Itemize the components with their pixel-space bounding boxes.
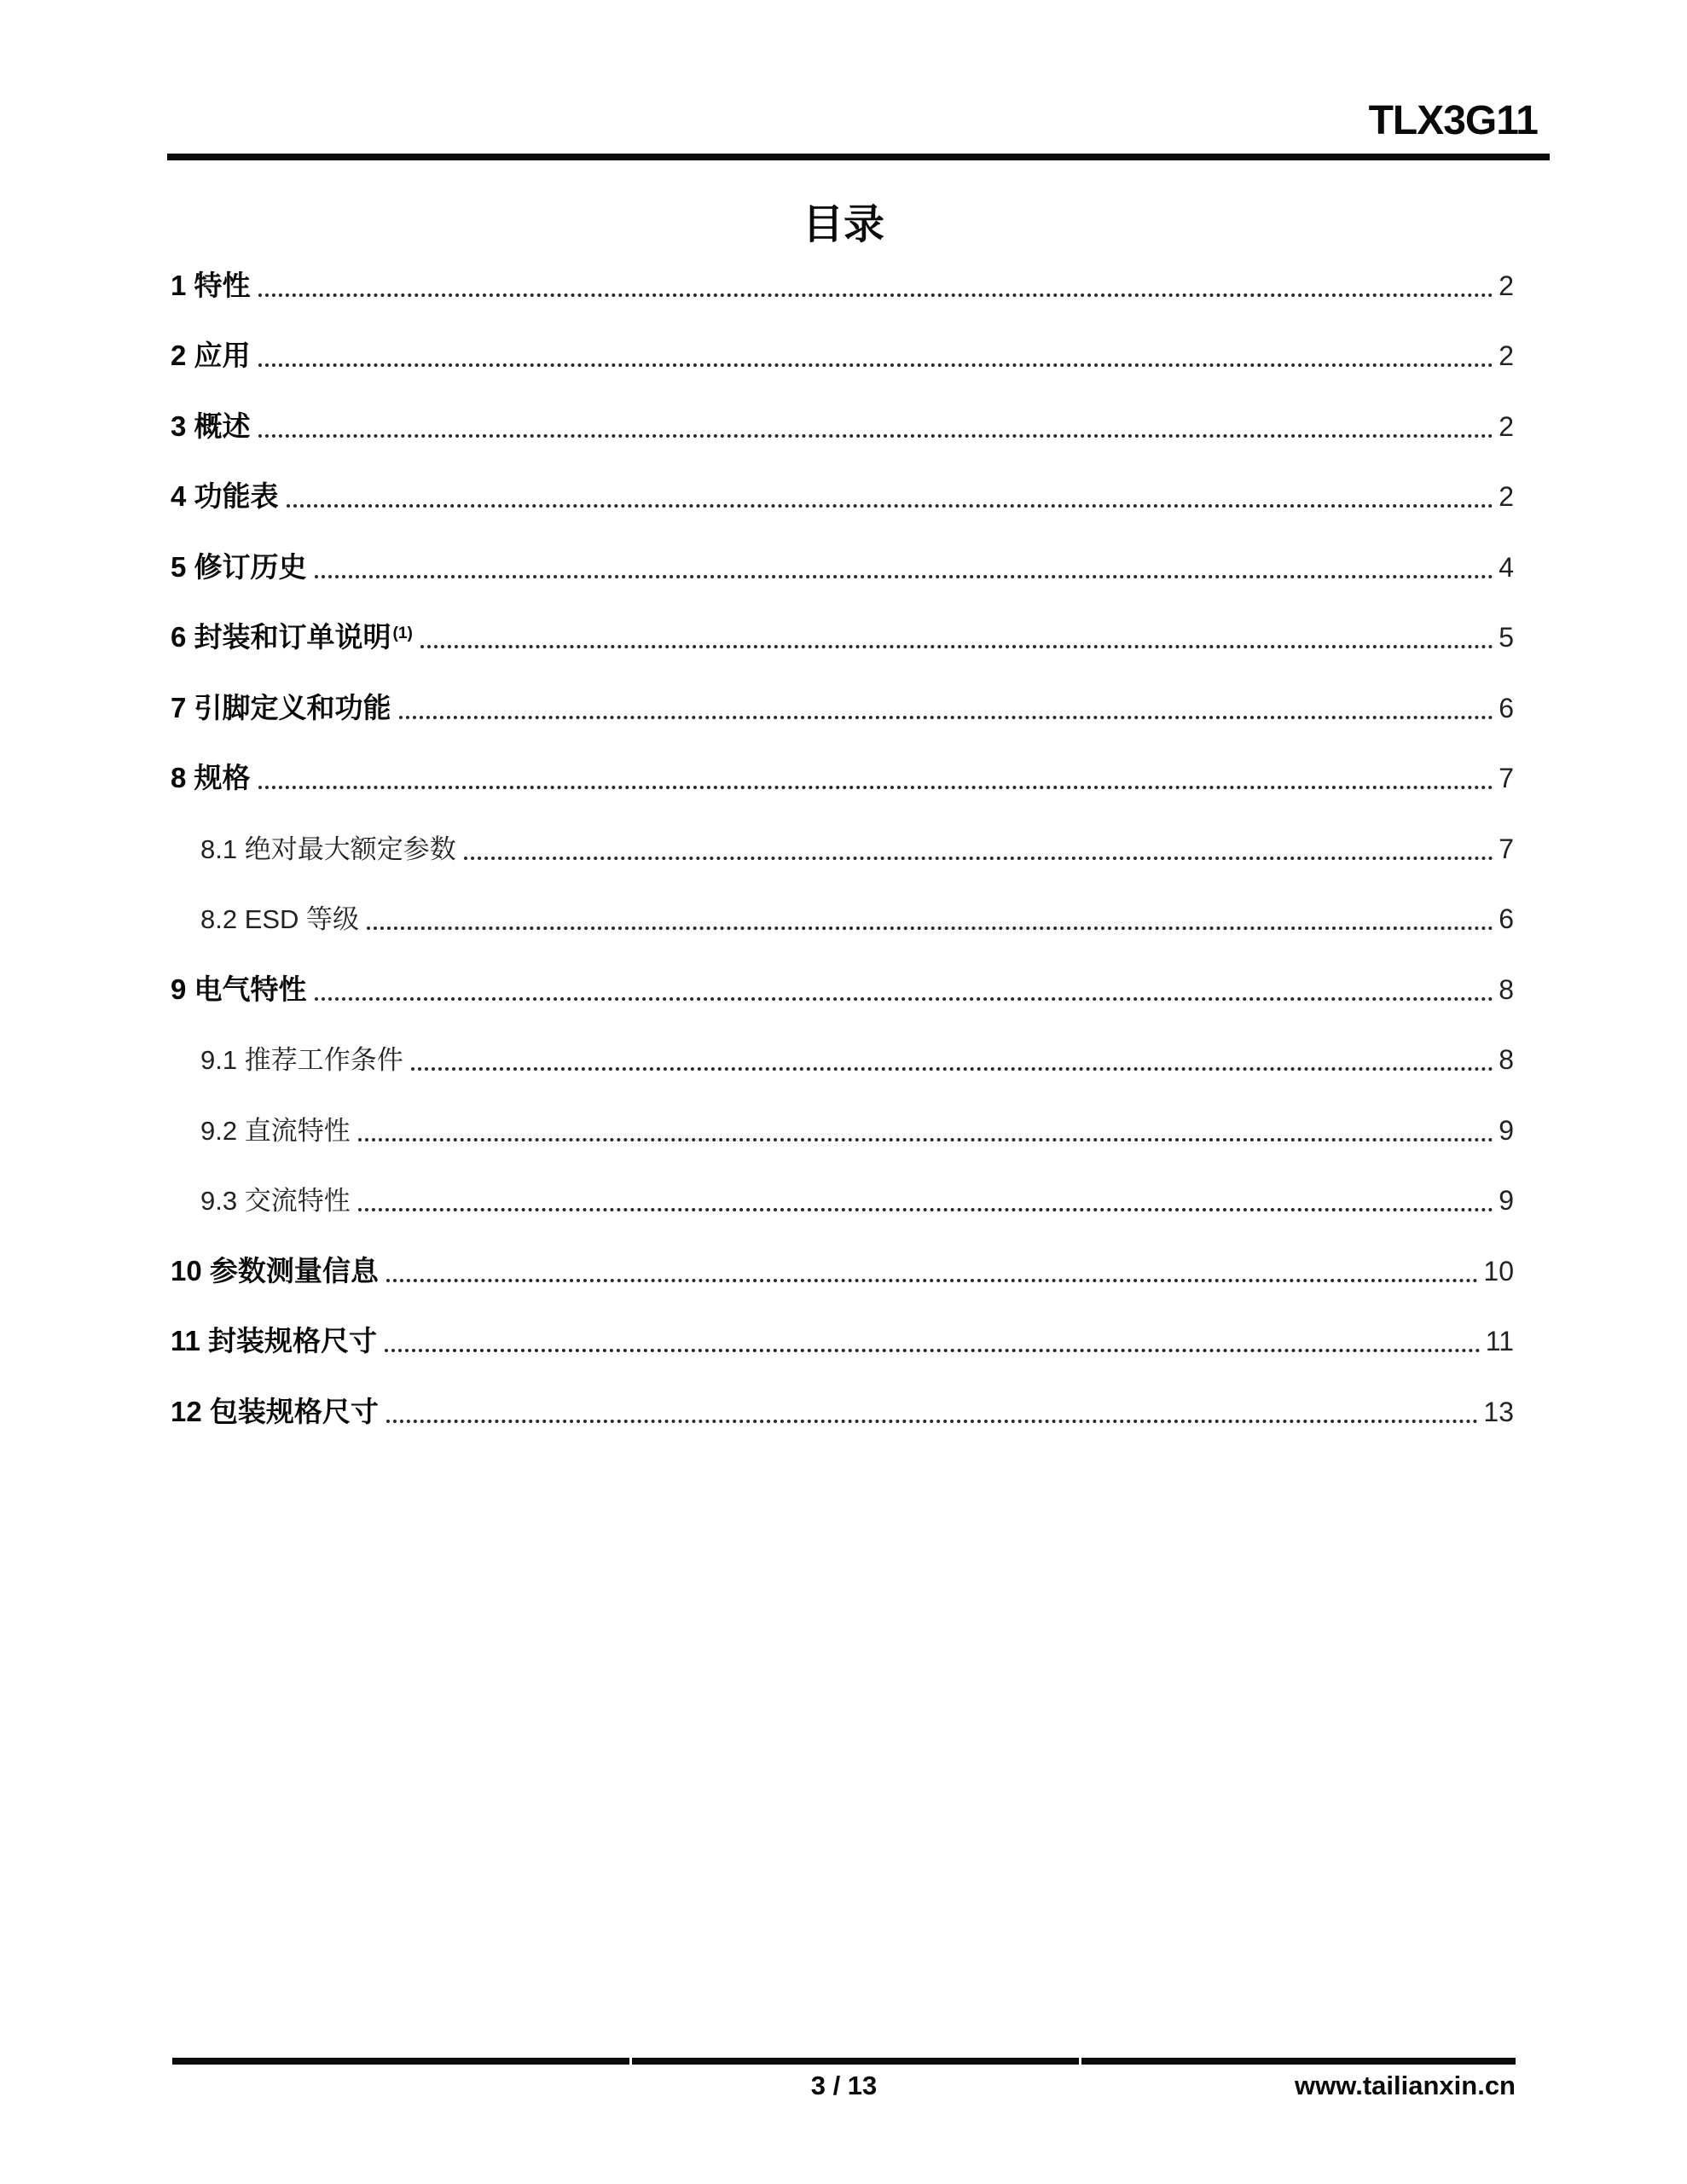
toc-entry[interactable]: 4 功能表2 xyxy=(171,457,1514,528)
toc-entry-page: 8 xyxy=(1499,976,1514,1003)
toc-entry[interactable]: 6 封装和订单说明(1)5 xyxy=(171,598,1514,669)
dot-leader xyxy=(358,1208,1493,1211)
toc-entry[interactable]: 7 引脚定义和功能6 xyxy=(171,668,1514,739)
toc-entry-page: 2 xyxy=(1499,413,1514,440)
toc-title: 目录 xyxy=(0,205,1687,246)
dot-leader xyxy=(358,1138,1493,1141)
dot-leader xyxy=(411,1067,1493,1071)
document-page: TLX3G11 目录 1 特性22 应用23 概述24 功能表25 修订历史46… xyxy=(0,0,1687,2184)
toc-entry-footnote: (1) xyxy=(391,624,413,642)
toc-entry[interactable]: 9.3 交流特性9 xyxy=(171,1161,1514,1232)
toc-entry-page: 6 xyxy=(1499,905,1514,932)
toc-entry-page: 2 xyxy=(1499,342,1514,369)
footer-row: 3 / 13 www.tailianxin.cn xyxy=(172,2072,1516,2106)
toc-list: 1 特性22 应用23 概述24 功能表25 修订历史46 封装和订单说明(1)… xyxy=(171,246,1514,1443)
dot-leader xyxy=(399,716,1494,719)
toc-entry[interactable]: 11 封装规格尺寸11 xyxy=(171,1302,1514,1373)
toc-entry[interactable]: 12 包装规格尺寸13 xyxy=(171,1372,1514,1443)
toc-entry[interactable]: 3 概述2 xyxy=(171,386,1514,457)
dot-leader xyxy=(386,1279,1479,1282)
toc-entry-label: 6 封装和订单说明(1) xyxy=(171,623,413,651)
footer-rule-segment xyxy=(1081,2058,1516,2065)
page-header: TLX3G11 xyxy=(167,101,1550,160)
toc-entry[interactable]: 5 修订历史4 xyxy=(171,527,1514,598)
toc-entry-page: 4 xyxy=(1499,554,1514,581)
toc-entry-label: 2 应用 xyxy=(171,341,251,369)
toc-entry[interactable]: 1 特性2 xyxy=(171,246,1514,317)
toc-entry[interactable]: 8.2 ESD 等级6 xyxy=(171,880,1514,950)
toc-entry-page: 9 xyxy=(1499,1187,1514,1214)
dot-leader xyxy=(386,1420,1479,1423)
toc-entry-label: 8.2 ESD 等级 xyxy=(200,906,359,932)
toc-entry-label: 9.2 直流特性 xyxy=(200,1118,351,1144)
toc-entry-label: 7 引脚定义和功能 xyxy=(171,694,391,722)
toc-entry-label: 8 规格 xyxy=(171,764,251,792)
dot-leader xyxy=(385,1349,1481,1352)
dot-leader xyxy=(258,434,1494,438)
toc-entry-page: 2 xyxy=(1499,483,1514,510)
toc-entry-label: 9 电气特性 xyxy=(171,975,307,1003)
toc-entry-label: 11 封装规格尺寸 xyxy=(171,1327,377,1355)
toc-entry-page: 9 xyxy=(1499,1117,1514,1144)
toc-entry-label: 1 特性 xyxy=(171,271,251,299)
page-footer: 3 / 13 www.tailianxin.cn xyxy=(172,2058,1516,2106)
dot-leader xyxy=(258,363,1494,367)
dot-leader xyxy=(315,575,1494,578)
toc-entry-label: 9.1 推荐工作条件 xyxy=(200,1047,403,1073)
toc-entry-page: 13 xyxy=(1483,1398,1514,1426)
toc-entry-page: 7 xyxy=(1499,764,1514,792)
toc-entry-label: 8.1 绝对最大额定参数 xyxy=(200,836,456,863)
product-name: TLX3G11 xyxy=(167,101,1550,142)
toc-entry[interactable]: 9 电气特性8 xyxy=(171,950,1514,1020)
dot-leader xyxy=(315,997,1494,1001)
toc-entry[interactable]: 8 规格7 xyxy=(171,739,1514,810)
dot-leader xyxy=(258,786,1494,789)
footer-rule xyxy=(172,2058,1516,2065)
toc-entry-page: 2 xyxy=(1499,272,1514,299)
toc-entry-page: 10 xyxy=(1483,1258,1514,1285)
dot-leader xyxy=(258,293,1494,297)
toc-entry[interactable]: 2 应用2 xyxy=(171,317,1514,387)
footer-rule-segment xyxy=(632,2058,1079,2065)
toc-entry-label: 10 参数测量信息 xyxy=(171,1257,379,1285)
toc-entry-page: 5 xyxy=(1499,624,1514,651)
toc-entry-label: 3 概述 xyxy=(171,412,251,440)
footer-rule-segment xyxy=(172,2058,629,2065)
toc-entry-label: 5 修订历史 xyxy=(171,553,307,581)
toc-entry-label: 4 功能表 xyxy=(171,482,279,510)
website-url: www.tailianxin.cn xyxy=(1295,2072,1516,2099)
dot-leader xyxy=(420,645,1493,648)
toc-entry-page: 8 xyxy=(1499,1046,1514,1073)
toc-entry-label: 9.3 交流特性 xyxy=(200,1188,351,1214)
dot-leader xyxy=(287,504,1494,508)
toc-entry[interactable]: 8.1 绝对最大额定参数7 xyxy=(171,809,1514,880)
toc-entry[interactable]: 10 参数测量信息10 xyxy=(171,1231,1514,1302)
header-rule xyxy=(167,154,1550,160)
dot-leader xyxy=(464,857,1493,860)
toc-entry-page: 6 xyxy=(1499,694,1514,722)
toc-entry-page: 7 xyxy=(1499,835,1514,863)
toc-entry-page: 11 xyxy=(1486,1327,1514,1355)
toc-entry[interactable]: 9.1 推荐工作条件8 xyxy=(171,1020,1514,1091)
toc-entry[interactable]: 9.2 直流特性9 xyxy=(171,1090,1514,1161)
toc-entry-label: 12 包装规格尺寸 xyxy=(171,1397,379,1426)
dot-leader xyxy=(367,926,1493,930)
